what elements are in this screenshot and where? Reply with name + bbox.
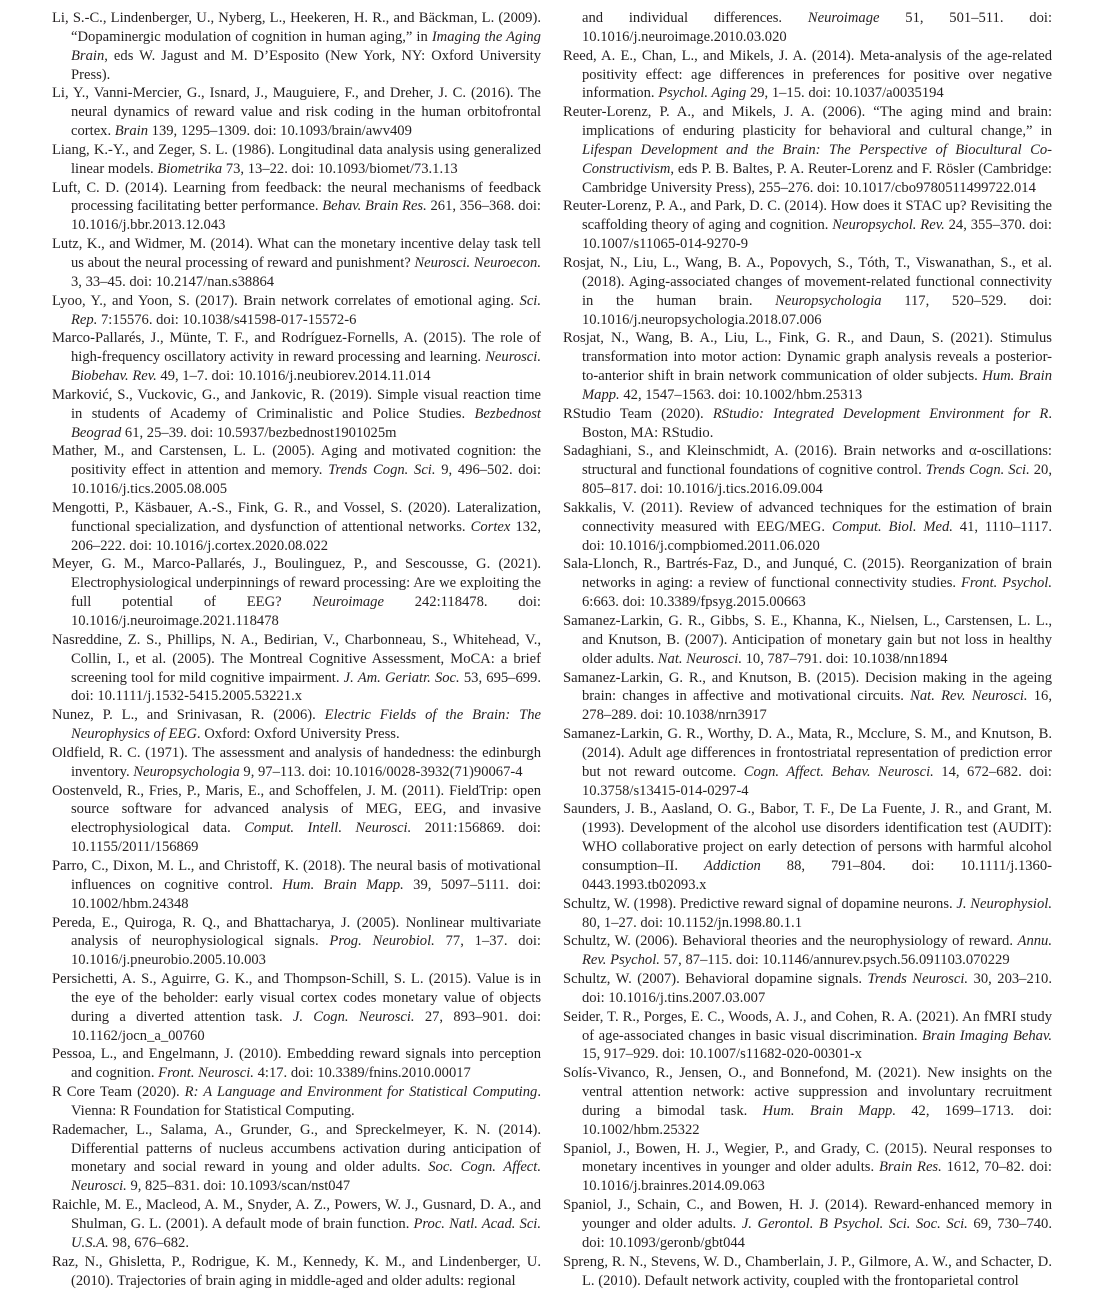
reference-text: 7:15576. doi: 10.1038/s41598-017-15572-6 bbox=[97, 312, 356, 328]
reference-italic-title: RStudio: Integrated Development Environm… bbox=[713, 406, 1048, 422]
reference-text: , eds W. Jagust and M. D’Esposito (New Y… bbox=[71, 48, 541, 83]
reference-entry: Meyer, G. M., Marco-Pallarés, J., Boulin… bbox=[52, 555, 541, 630]
reference-text: Raz, N., Ghisletta, P., Rodrigue, K. M.,… bbox=[52, 1254, 541, 1289]
reference-entry: Mengotti, P., Käsbauer, A.-S., Fink, G. … bbox=[52, 499, 541, 556]
reference-text: 98, 676–682. bbox=[109, 1235, 189, 1251]
reference-text: 57, 87–115. doi: 10.1146/annurev.psych.5… bbox=[660, 952, 1010, 968]
reference-entry: Seider, T. R., Porges, E. C., Woods, A. … bbox=[563, 1008, 1052, 1065]
reference-entry: Oostenveld, R., Fries, P., Maris, E., an… bbox=[52, 782, 541, 857]
reference-italic-title: Psychol. Aging bbox=[658, 85, 746, 101]
reference-italic-title: J. Neurophysiol. bbox=[956, 896, 1052, 912]
reference-italic-title: Trends Cogn. Sci. bbox=[328, 462, 435, 478]
reference-entry: Lutz, K., and Widmer, M. (2014). What ca… bbox=[52, 235, 541, 292]
reference-entry: Schultz, W. (2007). Behavioral dopamine … bbox=[563, 970, 1052, 1008]
reference-text: 80, 1–27. doi: 10.1152/jn.1998.80.1.1 bbox=[582, 915, 802, 931]
reference-entry: Marković, S., Vuckovic, G., and Jankovic… bbox=[52, 386, 541, 443]
reference-italic-title: Brain Res. bbox=[879, 1159, 942, 1175]
reference-text: 6:663. doi: 10.3389/fpsyg.2015.00663 bbox=[582, 594, 806, 610]
reference-text: 49, 1–7. doi: 10.1016/j.neubiorev.2014.1… bbox=[157, 368, 431, 384]
reference-text: 42, 1547–1563. doi: 10.1002/hbm.25313 bbox=[620, 387, 862, 403]
reference-entry: Schultz, W. (2006). Behavioral theories … bbox=[563, 932, 1052, 970]
reference-entry: Lyoo, Y., and Yoon, S. (2017). Brain net… bbox=[52, 292, 541, 330]
reference-entry: Samanez-Larkin, G. R., Worthy, D. A., Ma… bbox=[563, 725, 1052, 800]
references-page: Li, S.-C., Lindenberger, U., Nyberg, L.,… bbox=[52, 9, 1052, 1290]
reference-text: Marković, S., Vuckovic, G., and Jankovic… bbox=[52, 387, 541, 422]
reference-entry: Luft, C. D. (2014). Learning from feedba… bbox=[52, 179, 541, 236]
reference-entry: Reuter-Lorenz, P. A., and Mikels, J. A. … bbox=[563, 103, 1052, 197]
reference-text: Rosjat, N., Wang, B. A., Liu, L., Fink, … bbox=[563, 330, 1052, 384]
reference-italic-title: Addiction bbox=[704, 858, 761, 874]
reference-italic-title: J. Am. Geriatr. Soc. bbox=[344, 670, 460, 686]
reference-italic-title: Behav. Brain Res. bbox=[322, 198, 427, 214]
reference-italic-title: Neuroimage bbox=[808, 10, 880, 26]
reference-italic-title: Comput. Intell. Neurosci. bbox=[244, 820, 411, 836]
reference-entry: Samanez-Larkin, G. R., Gibbs, S. E., Kha… bbox=[563, 612, 1052, 669]
reference-entry: Spaniol, J., Schain, C., and Bowen, H. J… bbox=[563, 1196, 1052, 1253]
reference-italic-title: Hum. Brain Mapp. bbox=[763, 1103, 896, 1119]
reference-text: Nunez, P. L., and Srinivasan, R. (2006). bbox=[52, 707, 325, 723]
reference-entry: Sadaghiani, S., and Kleinschmidt, A. (20… bbox=[563, 442, 1052, 499]
reference-text: 61, 25–39. doi: 10.5937/bezbednost190102… bbox=[121, 425, 396, 441]
reference-italic-title: J. Cogn. Neurosci. bbox=[293, 1009, 415, 1025]
reference-entry: Samanez-Larkin, G. R., and Knutson, B. (… bbox=[563, 669, 1052, 726]
reference-entry: Spaniol, J., Bowen, H. J., Wegier, P., a… bbox=[563, 1140, 1052, 1197]
reference-entry: Reed, A. E., Chan, L., and Mikels, J. A.… bbox=[563, 47, 1052, 104]
reference-entry: Parro, C., Dixon, M. L., and Christoff, … bbox=[52, 857, 541, 914]
reference-entry: R Core Team (2020). R: A Language and En… bbox=[52, 1083, 541, 1121]
reference-italic-title: Comput. Biol. Med. bbox=[832, 519, 953, 535]
reference-italic-title: Nat. Neurosci. bbox=[658, 651, 742, 667]
reference-text: 15, 917–929. doi: 10.1007/s11682-020-003… bbox=[582, 1046, 862, 1062]
reference-entry: Oldfield, R. C. (1971). The assessment a… bbox=[52, 744, 541, 782]
reference-entry-continued: and individual differences. Neuroimage 5… bbox=[563, 9, 1052, 47]
reference-entry: Raz, N., Ghisletta, P., Rodrigue, K. M.,… bbox=[52, 1253, 541, 1291]
reference-italic-title: Prog. Neurobiol. bbox=[329, 933, 434, 949]
reference-text: 9, 97–113. doi: 10.1016/0028-3932(71)900… bbox=[240, 764, 523, 780]
reference-italic-title: Trends Cogn. Sci. bbox=[926, 462, 1030, 478]
reference-entry: Liang, K.-Y., and Zeger, S. L. (1986). L… bbox=[52, 141, 541, 179]
references-right-column: and individual differences. Neuroimage 5… bbox=[563, 9, 1052, 1290]
reference-text: Schultz, W. (1998). Predictive reward si… bbox=[563, 896, 956, 912]
reference-italic-title: Front. Psychol. bbox=[961, 575, 1052, 591]
reference-text: 139, 1295–1309. doi: 10.1093/brain/awv40… bbox=[148, 123, 412, 139]
reference-text: 4:17. doi: 10.3389/fnins.2010.00017 bbox=[254, 1065, 471, 1081]
reference-entry: Solís-Vivanco, R., Jensen, O., and Bonne… bbox=[563, 1064, 1052, 1139]
reference-text: Lyoo, Y., and Yoon, S. (2017). Brain net… bbox=[52, 293, 520, 309]
reference-text: Spreng, R. N., Stevens, W. D., Chamberla… bbox=[563, 1254, 1052, 1289]
reference-text: Reuter-Lorenz, P. A., and Mikels, J. A. … bbox=[563, 104, 1052, 139]
reference-text: Mengotti, P., Käsbauer, A.-S., Fink, G. … bbox=[52, 500, 541, 535]
reference-entry: Pessoa, L., and Engelmann, J. (2010). Em… bbox=[52, 1045, 541, 1083]
reference-entry: Marco-Pallarés, J., Münte, T. F., and Ro… bbox=[52, 329, 541, 386]
reference-text: R Core Team (2020). bbox=[52, 1084, 185, 1100]
reference-italic-title: Cortex bbox=[471, 519, 511, 535]
reference-entry: Li, S.-C., Lindenberger, U., Nyberg, L.,… bbox=[52, 9, 541, 84]
reference-italic-title: Neuropsychol. Rev. bbox=[832, 217, 944, 233]
reference-entry: Reuter-Lorenz, P. A., and Park, D. C. (2… bbox=[563, 197, 1052, 254]
reference-italic-title: Neuropsychologia bbox=[133, 764, 239, 780]
reference-italic-title: Biometrika bbox=[157, 161, 222, 177]
reference-text: 3, 33–45. doi: 10.2147/nan.s38864 bbox=[71, 274, 274, 290]
reference-text: Schultz, W. (2007). Behavioral dopamine … bbox=[563, 971, 868, 987]
reference-italic-title: Cogn. Affect. Behav. Neurosci. bbox=[744, 764, 934, 780]
reference-entry: Rosjat, N., Liu, L., Wang, B. A., Popovy… bbox=[563, 254, 1052, 329]
reference-text: . Oxford: Oxford University Press. bbox=[197, 726, 400, 742]
reference-text: 29, 1–15. doi: 10.1037/a0035194 bbox=[746, 85, 943, 101]
reference-entry: Li, Y., Vanni-Mercier, G., Isnard, J., M… bbox=[52, 84, 541, 141]
reference-entry: Rademacher, L., Salama, A., Grunder, G.,… bbox=[52, 1121, 541, 1196]
reference-entry: Saunders, J. B., Aasland, O. G., Babor, … bbox=[563, 800, 1052, 894]
reference-entry: Mather, M., and Carstensen, L. L. (2005)… bbox=[52, 442, 541, 499]
reference-entry: Sala-Llonch, R., Bartrés-Faz, D., and Ju… bbox=[563, 555, 1052, 612]
reference-entry: Rosjat, N., Wang, B. A., Liu, L., Fink, … bbox=[563, 329, 1052, 404]
reference-entry: Nasreddine, Z. S., Phillips, N. A., Bedi… bbox=[52, 631, 541, 706]
reference-text: RStudio Team (2020). bbox=[563, 406, 713, 422]
reference-entry: Raichle, M. E., Macleod, A. M., Snyder, … bbox=[52, 1196, 541, 1253]
reference-italic-title: Brain bbox=[115, 123, 148, 139]
reference-italic-title: Neuroimage bbox=[312, 594, 384, 610]
reference-text: Marco-Pallarés, J., Münte, T. F., and Ro… bbox=[52, 330, 541, 365]
reference-text: Schultz, W. (2006). Behavioral theories … bbox=[563, 933, 1018, 949]
reference-text: 10, 787–791. doi: 10.1038/nn1894 bbox=[742, 651, 948, 667]
reference-entry: Persichetti, A. S., Aguirre, G. K., and … bbox=[52, 970, 541, 1045]
reference-italic-title: Hum. Brain Mapp. bbox=[282, 877, 404, 893]
reference-italic-title: Nat. Rev. Neurosci. bbox=[910, 688, 1027, 704]
reference-italic-title: Neuropsychologia bbox=[775, 293, 881, 309]
reference-entry: Nunez, P. L., and Srinivasan, R. (2006).… bbox=[52, 706, 541, 744]
reference-italic-title: J. Gerontol. B Psychol. Sci. Soc. Sci. bbox=[742, 1216, 968, 1232]
references-left-column: Li, S.-C., Lindenberger, U., Nyberg, L.,… bbox=[52, 9, 541, 1290]
reference-italic-title: Brain Imaging Behav. bbox=[922, 1028, 1052, 1044]
reference-entry: Pereda, E., Quiroga, R. Q., and Bhattach… bbox=[52, 914, 541, 971]
reference-italic-title: R: A Language and Environment for Statis… bbox=[185, 1084, 538, 1100]
reference-text: 9, 825–831. doi: 10.1093/scan/nst047 bbox=[127, 1178, 350, 1194]
reference-entry: Spreng, R. N., Stevens, W. D., Chamberla… bbox=[563, 1253, 1052, 1291]
reference-italic-title: Front. Neurosci. bbox=[158, 1065, 254, 1081]
reference-italic-title: Neurosci. Neuroecon. bbox=[414, 255, 541, 271]
reference-text: 73, 13–22. doi: 10.1093/biomet/73.1.13 bbox=[222, 161, 458, 177]
reference-italic-title: Trends Neurosci. bbox=[868, 971, 969, 987]
reference-entry: Sakkalis, V. (2011). Review of advanced … bbox=[563, 499, 1052, 556]
reference-entry: RStudio Team (2020). RStudio: Integrated… bbox=[563, 405, 1052, 443]
reference-entry: Schultz, W. (1998). Predictive reward si… bbox=[563, 895, 1052, 933]
reference-text: and individual differences. bbox=[582, 10, 808, 26]
